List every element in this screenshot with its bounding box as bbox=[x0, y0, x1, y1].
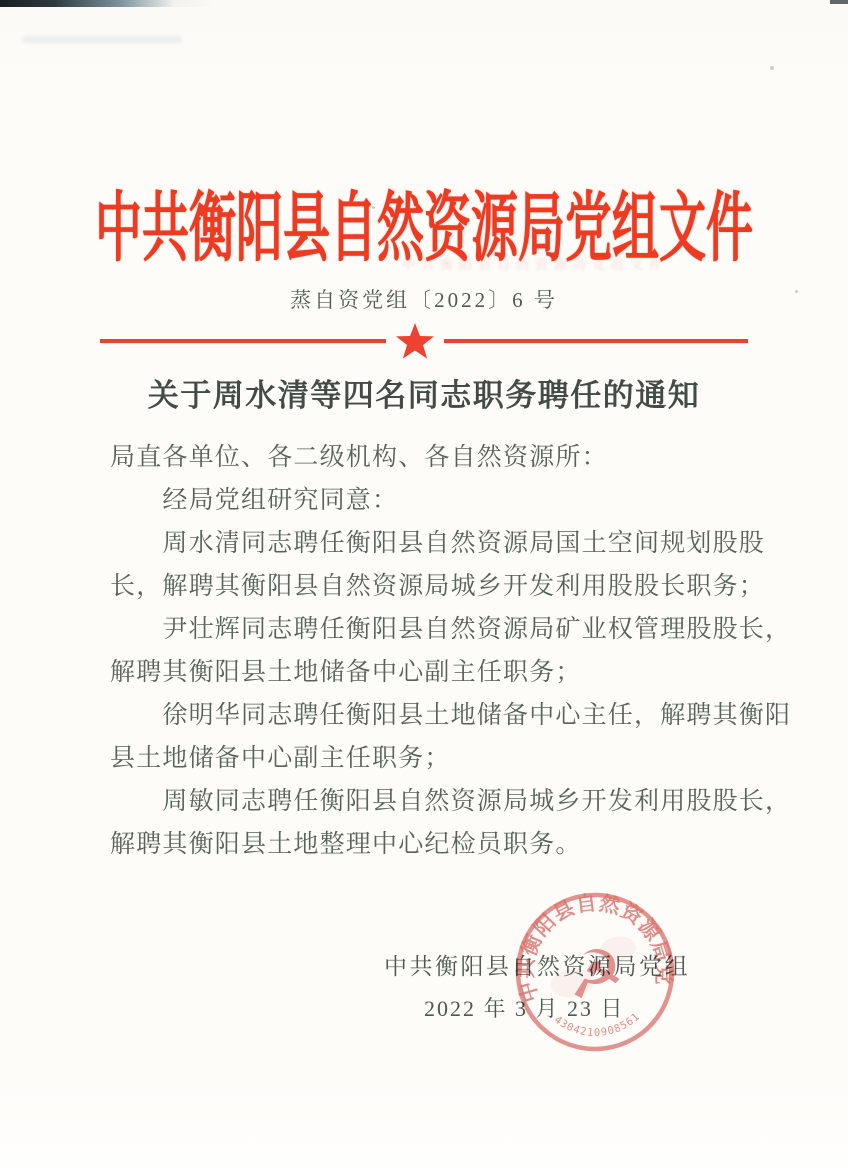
scanned-document-page: 中共衡阳县自然资源局党组文件 中共衡阳县自然资源局党组文件 蒸自资党组〔2022… bbox=[0, 0, 848, 1169]
body-line: 解聘其衡阳县土地储备中心副主任职务； bbox=[110, 651, 742, 694]
body-line: 周敏同志聘任衡阳县自然资源局城乡开发利用股股长， bbox=[110, 780, 742, 823]
notice-title: 关于周水清等四名同志职务聘任的通知 bbox=[0, 370, 848, 415]
body-line: 周水清同志聘任衡阳县自然资源局国土空间规划股股 bbox=[110, 522, 742, 565]
body-line: 长，解聘其衡阳县自然资源局城乡开发利用股股长职务； bbox=[110, 565, 742, 608]
body-line: 经局党组研究同意： bbox=[110, 479, 742, 522]
body-line: 尹壮辉同志聘任衡阳县自然资源局矿业权管理股股长， bbox=[110, 608, 742, 651]
star-icon bbox=[395, 321, 435, 361]
hammer-sickle-emblem-icon: ☭ bbox=[562, 934, 629, 1015]
letterhead-ghost-echo: 中共衡阳县自然资源局党组文件 bbox=[310, 254, 760, 273]
scan-artifact-smudge bbox=[22, 36, 182, 43]
scan-artifact-top-strip bbox=[0, 0, 218, 7]
body-line: 徐明华同志聘任衡阳县土地储备中心主任，解聘其衡阳 bbox=[110, 694, 742, 737]
body-line: 解聘其衡阳县土地整理中心纪检员职务。 bbox=[110, 823, 742, 866]
notice-body: 局直各单位、各二级机构、各自然资源所： 经局党组研究同意： 周水清同志聘任衡阳县… bbox=[110, 436, 742, 866]
red-rule-left bbox=[100, 339, 386, 343]
body-line: 县土地储备中心副主任职务； bbox=[110, 737, 742, 780]
document-number: 蒸自资党组〔2022〕6 号 bbox=[0, 284, 848, 314]
scan-artifact-top-right-dash bbox=[830, 0, 848, 4]
body-line: 局直各单位、各二级机构、各自然资源所： bbox=[110, 436, 742, 479]
scan-speck bbox=[770, 66, 774, 70]
red-rule-right bbox=[444, 339, 748, 343]
official-seal: 中共衡阳县自然资源局党组 4304210908561 ☭ bbox=[505, 882, 685, 1062]
